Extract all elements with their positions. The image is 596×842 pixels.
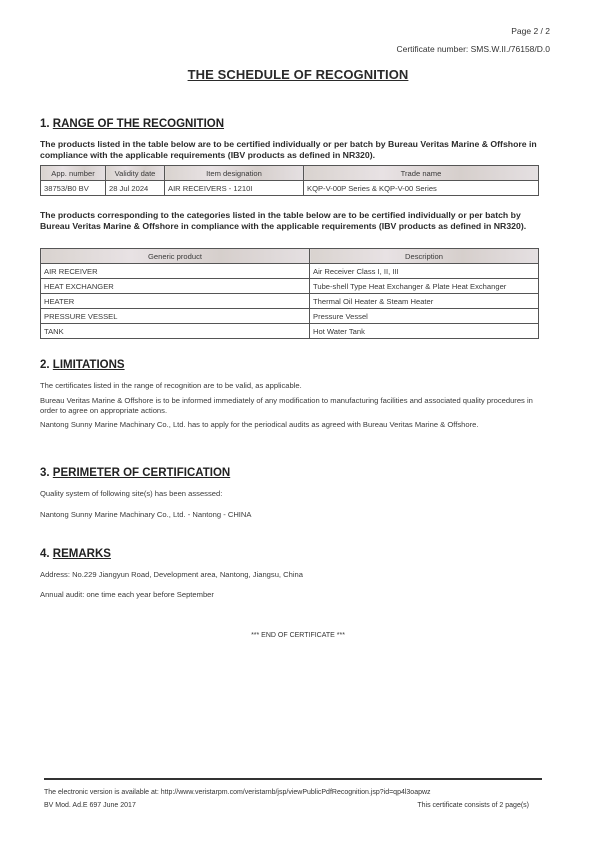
limitations-p2: Bureau Veritas Marine & Offshore is to b…	[40, 396, 540, 415]
cell-generic-product: HEAT EXCHANGER	[41, 279, 310, 294]
table-header-row: App. number Validity date Item designati…	[41, 166, 539, 181]
cell-app-number: 38753/B0 BV	[41, 181, 106, 196]
cell-description: Hot Water Tank	[310, 324, 539, 339]
products-table: App. number Validity date Item designati…	[40, 165, 539, 196]
table-row: HEATER Thermal Oil Heater & Steam Heater	[41, 294, 539, 309]
table-header-row: Generic product Description	[41, 249, 539, 264]
col-app-number: App. number	[41, 166, 106, 181]
col-validity-date: Validity date	[106, 166, 165, 181]
page-count: This certificate consists of 2 page(s)	[417, 802, 529, 809]
table-row: 38753/B0 BV 28 Jul 2024 AIR RECEIVERS - …	[41, 181, 539, 196]
certificate-number: Certificate number: SMS.W.II./76158/D.0	[396, 44, 550, 54]
cell-description: Air Receiver Class I, II, III	[310, 264, 539, 279]
col-description: Description	[310, 249, 539, 264]
remarks-annual-audit: Annual audit: one time each year before …	[40, 590, 540, 600]
limitations-p1: The certificates listed in the range of …	[40, 381, 540, 391]
section-title: LIMITATIONS	[53, 359, 125, 371]
col-item-designation: Item designation	[165, 166, 304, 181]
col-generic-product: Generic product	[41, 249, 310, 264]
section-1-heading: 1. RANGE OF THE RECOGNITION	[40, 118, 224, 130]
cell-description: Tube-shell Type Heat Exchanger & Plate H…	[310, 279, 539, 294]
col-trade-name: Trade name	[304, 166, 539, 181]
document-title: THE SCHEDULE OF RECOGNITION	[0, 67, 596, 82]
limitations-p3: Nantong Sunny Marine Machinary Co., Ltd.…	[40, 420, 540, 430]
remarks-address: Address: No.229 Jiangyun Road, Developme…	[40, 570, 540, 580]
section-1-intro-2: The products corresponding to the catego…	[40, 210, 540, 232]
cell-generic-product: PRESSURE VESSEL	[41, 309, 310, 324]
table-row: TANK Hot Water Tank	[41, 324, 539, 339]
cell-validity-date: 28 Jul 2024	[106, 181, 165, 196]
end-of-certificate: *** END OF CERTIFICATE ***	[0, 632, 596, 639]
table-row: AIR RECEIVER Air Receiver Class I, II, I…	[41, 264, 539, 279]
cell-trade-name: KQP-V-00P Series & KQP-V-00 Series	[304, 181, 539, 196]
page-number: Page 2 / 2	[511, 26, 550, 36]
section-3-heading: 3. PERIMETER OF CERTIFICATION	[40, 467, 230, 479]
section-number: 2.	[40, 359, 50, 371]
perimeter-p1: Quality system of following site(s) has …	[40, 489, 540, 499]
table-row: PRESSURE VESSEL Pressure Vessel	[41, 309, 539, 324]
cell-generic-product: TANK	[41, 324, 310, 339]
perimeter-p2: Nantong Sunny Marine Machinary Co., Ltd.…	[40, 510, 540, 520]
table-row: HEAT EXCHANGER Tube-shell Type Heat Exch…	[41, 279, 539, 294]
cell-generic-product: AIR RECEIVER	[41, 264, 310, 279]
electronic-version-link[interactable]: The electronic version is available at: …	[44, 789, 431, 796]
section-4-heading: 4. REMARKS	[40, 548, 111, 560]
section-number: 1.	[40, 118, 50, 130]
cell-item-designation: AIR RECEIVERS - 1210I	[165, 181, 304, 196]
section-title: REMARKS	[53, 548, 111, 560]
categories-table: Generic product Description AIR RECEIVER…	[40, 248, 539, 339]
cell-generic-product: HEATER	[41, 294, 310, 309]
cell-description: Thermal Oil Heater & Steam Heater	[310, 294, 539, 309]
section-1-intro: The products listed in the table below a…	[40, 139, 540, 161]
form-reference: BV Mod. Ad.E 697 June 2017	[44, 802, 136, 809]
section-title: RANGE OF THE RECOGNITION	[53, 118, 224, 130]
section-number: 4.	[40, 548, 50, 560]
section-number: 3.	[40, 467, 50, 479]
footer-divider	[44, 778, 542, 780]
cell-description: Pressure Vessel	[310, 309, 539, 324]
section-2-heading: 2. LIMITATIONS	[40, 359, 125, 371]
document-title-text: THE SCHEDULE OF RECOGNITION	[188, 67, 409, 82]
section-title: PERIMETER OF CERTIFICATION	[53, 467, 230, 479]
